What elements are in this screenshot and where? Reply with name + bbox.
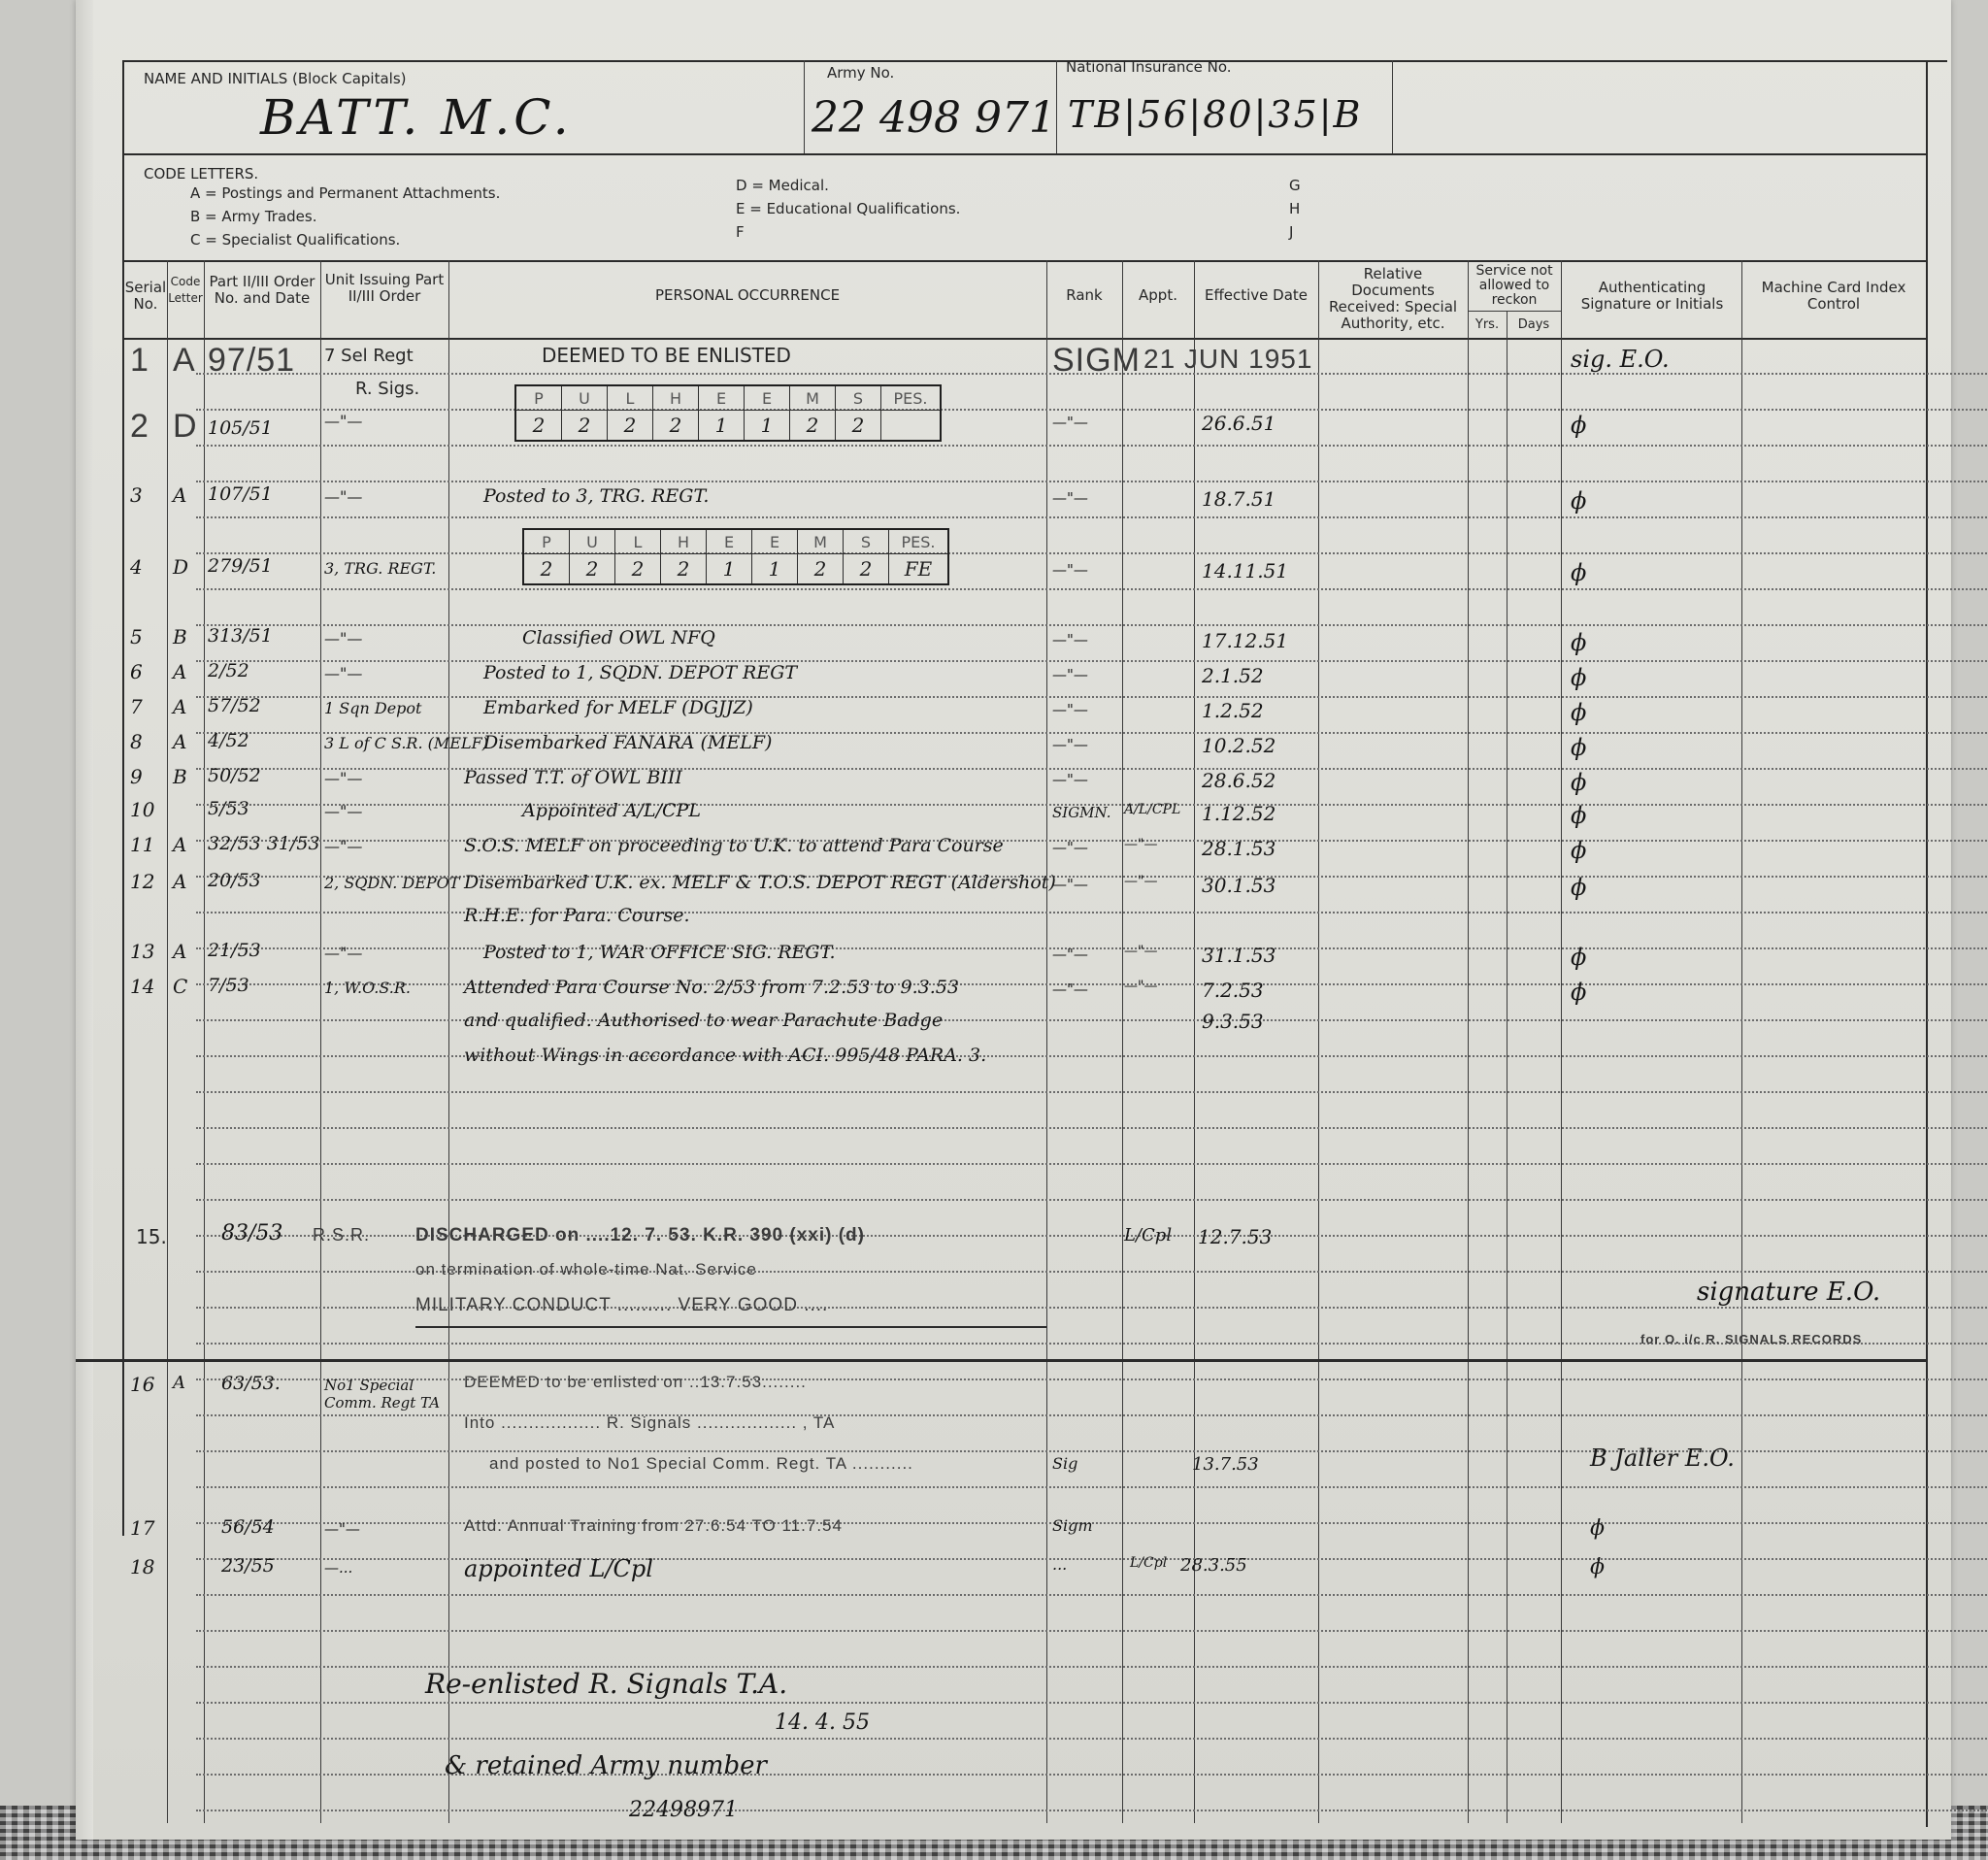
entry-code: B [173,765,187,788]
code-letter-j: J [1289,223,1293,241]
entry-auth-initials: ϕ [1571,412,1586,439]
pulheems-cell: S [844,529,889,554]
entry-serial: 2 [130,408,149,446]
discharge-rank: L/Cpl [1124,1225,1172,1246]
ni-value: TB|56|80|35|B [1068,93,1362,136]
entry-serial: 3 [130,483,143,507]
entry-order: 20/53 [208,870,261,891]
entry-serial: 13 [130,940,154,963]
col-appt: Appt. [1122,287,1194,304]
ta-entry-auth: B Jaller E.O. [1590,1445,1735,1472]
entry-serial: 8 [130,730,143,753]
ruled-line [196,696,1988,698]
entry-order: 21/53 [208,940,261,961]
code-letter-d: D = Medical. [736,177,829,194]
ruled-line [196,1486,1988,1488]
pulheems-cell: 2 [790,411,836,442]
entry-unit: —"— [324,802,362,820]
discharge-line-1: DISCHARGED on ....12. 7. 53. K.R. 390 (x… [415,1225,865,1246]
entry-serial: 1 [130,342,149,380]
entry-code: B [173,625,187,648]
ruled-line [196,1163,1988,1165]
entry-unit: —"— [324,412,362,430]
divider [1056,60,1057,153]
divider [1392,60,1393,153]
pulheems-cell: E [752,529,798,554]
ta-entry-line-1: appointed L/Cpl [464,1555,653,1582]
pulheems-cell: FE [889,554,949,585]
entry-auth-initials: ϕ [1571,699,1586,726]
footnote-line-1: Re-enlisted R. Signals T.A. [425,1668,787,1700]
ruled-line [196,1594,1988,1596]
discharge-unit: R.S.R. [313,1225,370,1246]
ta-entry-appt: L/Cpl [1130,1555,1167,1571]
col-line [1122,260,1123,1823]
pulheems-cell: 1 [699,411,745,442]
entry-appt: —"— [1124,837,1157,852]
pulheems-cell: 1 [752,554,798,585]
ta-entry-serial: 17 [130,1516,154,1540]
ta-entry-unit: —"— [324,1520,441,1538]
pulheems-cell: 2 [836,411,881,442]
ruled-line [196,481,1988,482]
entry-code: A [173,833,186,856]
entry-serial: 10 [130,798,154,821]
pulheems-cell: 2 [523,554,570,585]
entry-unit: —"— [324,837,362,855]
pulheems-cell: PES. [889,529,949,554]
entry-effective-date: 1.2.52 [1202,699,1264,722]
pulheems-cell: 2 [798,554,844,585]
entry-code: A [173,660,186,683]
entry-auth-initials: ϕ [1571,487,1586,515]
entry-order: 4/52 [208,730,249,751]
entry-auth-initials: ϕ [1571,629,1586,656]
col-auth-sig: Authenticating Signature or Initials [1563,280,1741,313]
col-line [204,260,205,1823]
pulheems-cell: 2 [844,554,889,585]
entry-code: A [173,483,186,507]
entry-rank: —"— [1052,771,1088,788]
footnote-line-4: 22498971 [629,1798,738,1822]
pulheems-cell: P [515,385,562,411]
code-letters-title: CODE LETTERS. [144,165,258,183]
entry-rank: —"— [1052,666,1088,683]
entry-effective-date-2: 9.3.53 [1202,1010,1264,1033]
entry-effective-date: 18.7.51 [1202,487,1276,511]
frame-top [122,60,1947,62]
pulheems-cell [881,411,942,442]
ta-entry-order: 56/54 [221,1516,275,1538]
entry-effective-date: 10.2.52 [1202,734,1276,757]
entry-code: A [173,695,186,718]
ta-entry-line-1: DEEMED to be enlisted on ..13.7.53......… [464,1373,807,1392]
entry-occurrence-2: R.H.E. for Para. Course. [464,905,690,926]
col-order: Part II/III Order No. and Date [206,274,318,307]
pulheems-cell: 2 [653,411,699,442]
entry-code: A [173,940,186,963]
footnote-line-3: & retained Army number [445,1751,767,1780]
entry-occurrence-2: and qualified. Authorised to wear Parach… [464,1010,943,1031]
entry-occurrence-3: without Wings in accordance with ACI. 99… [464,1045,986,1066]
entry-appt: —"— [1124,979,1157,994]
entry-order: 107/51 [208,483,273,505]
name-value: BATT. M.C. [260,89,573,146]
pulheems-cell: PES. [881,385,942,411]
pulheems-cell: 2 [570,554,615,585]
entry-occurrence: Posted to 3, TRG. REGT. [483,485,709,507]
ta-entry-auth: ϕ [1590,1516,1605,1541]
col-days: Days [1507,316,1561,333]
entry-order: 2/52 [208,660,249,681]
entry-rank: —"— [1052,701,1088,718]
entry-order: 57/52 [208,695,261,716]
ruled-line [196,1630,1988,1632]
pulheems-cell: 2 [515,411,562,442]
pulheems-cell: E [745,385,790,411]
entry-unit: —"— [324,487,362,506]
entry-occurrence: Attended Para Course No. 2/53 from 7.2.5… [464,977,959,998]
footnote-line-2: 14. 4. 55 [775,1711,870,1735]
pulheems-cell: 1 [707,554,752,585]
army-no-label: Army No. [827,64,894,82]
entry-unit: —"— [324,944,362,962]
entry-occurrence: Disembarked U.K. ex. MELF & T.O.S. DEPOT… [464,872,1056,893]
pulheems-cell: 2 [661,554,707,585]
ruled-line [196,1810,1988,1811]
entry-auth-initials: ϕ [1571,559,1586,586]
col-code: Code Letter [167,274,204,307]
entry-effective-date: 14.11.51 [1202,559,1288,582]
ruled-line [196,1127,1988,1129]
entry-occurrence: Classified OWL NFQ [522,627,715,648]
pulheems-table-2: PULHEEMSPES. 22221122FE [522,528,949,585]
ta-entry-code: A [173,1373,185,1393]
ta-entry-line-1: Attd. Annual Training from 27.6.54 TO 11… [464,1516,843,1536]
service-record-form: NAME AND INITIALS (Block Capitals) BATT.… [76,0,1951,1840]
col-unit: Unit Issuing Part II/III Order [322,272,447,305]
ni-label: National Insurance No. [1066,58,1232,76]
divider-ta-section [76,1359,1926,1362]
pulheems-cell: H [661,529,707,554]
ta-entry-unit: —... [324,1559,441,1577]
divider [1468,311,1561,312]
pulheems-cell: H [653,385,699,411]
col-line [448,260,449,1823]
divider [804,60,805,153]
entry-order: 5/53 [208,798,249,819]
ta-entry-rank: Sigm [1052,1516,1093,1535]
col-line [1741,260,1742,1823]
code-letter-c: C = Specialist Qualifications. [190,231,400,249]
pulheems-cell: E [699,385,745,411]
entry-effective-date: 28.1.53 [1202,837,1276,860]
entry-code: D [173,408,198,446]
discharge-order: 83/53 [221,1221,282,1246]
entry-unit: 2, SQDN. DEPOT [324,874,459,892]
col-occurrence: PERSONAL OCCURRENCE [448,287,1046,304]
entry-auth-initials: ϕ [1571,664,1586,691]
ta-entry-line-2: Into .................. R. Signals .....… [464,1413,835,1433]
entry-rank: —"— [1052,980,1088,998]
pulheems-cell: 2 [608,411,653,442]
col-service-not-allowed: Service not allowed to reckon [1468,264,1561,308]
entry-appt: —"— [1124,874,1157,889]
entry-serial: 14 [130,975,154,998]
ruled-line [196,660,1988,662]
entry-auth-initials: ϕ [1571,802,1586,829]
entry-serial: 7 [130,695,143,718]
entry-unit: —"— [324,664,362,682]
ta-entry-line-3: and posted to No1 Special Comm. Regt. TA… [489,1454,913,1474]
discharge-stamp: for O. i/c R. SIGNALS RECORDS [1640,1332,1862,1346]
entry-rank: —"— [1052,561,1088,579]
entry-occurrence: S.O.S. MELF on proceeding to U.K. to att… [464,835,1004,856]
entry-effective-date: 1.12.52 [1202,802,1276,825]
col-line [1194,260,1195,1823]
ta-entry-date: 28.3.55 [1180,1555,1247,1576]
entry-order: 279/51 [208,555,273,577]
entry-appt: —"— [1124,944,1157,959]
entry-unit: 1 Sqn Depot [324,699,421,717]
ta-entry-date: 13.7.53 [1192,1454,1259,1475]
discharge-signature: signature E.O. [1697,1278,1880,1307]
ta-entry-unit: No1 Special Comm. Regt TA [324,1377,441,1412]
discharge-line-3: MILITARY CONDUCT ......... VERY GOOD ...… [415,1295,828,1316]
ruled-line [196,1091,1988,1093]
entry-order: 97/51 [208,342,295,380]
entry-occurrence: Embarked for MELF (DGJJZ) [483,697,753,718]
ruled-line [196,409,1988,411]
ta-entry-serial: 16 [130,1373,154,1396]
entry-code: C [173,975,187,998]
entry-rank: —"— [1052,946,1088,963]
entry-effective-date: 2.1.52 [1202,664,1264,687]
ruled-line [196,516,1988,518]
pulheems-cell: U [562,385,608,411]
entry-serial: 11 [130,833,154,856]
col-line [1561,260,1562,1823]
entry-code: A [173,870,186,893]
ta-entry-order: 23/55 [221,1555,275,1577]
ruled-line [196,552,1988,554]
discharge-underline [415,1326,1046,1328]
entry-unit: 3 L of C S.R. (MELF) [324,734,488,752]
entry-rank: —"— [1052,736,1088,753]
entry-effective-date: 21 JUN 1951 [1143,344,1312,375]
entry-effective-date: 26.6.51 [1202,412,1276,435]
col-line [1468,260,1469,1823]
col-rank: Rank [1046,287,1122,304]
code-letter-e: E = Educational Qualifications. [736,200,960,217]
entry-effective-date: 7.2.53 [1202,979,1264,1002]
divider-header-bottom [122,338,1926,340]
ta-entry-rank: Sig [1052,1454,1077,1473]
entry-order: 105/51 [208,417,273,439]
divider-name-row [122,153,1926,155]
entry-rank: —"— [1052,839,1088,856]
ta-entry-rank: ... [1052,1555,1067,1574]
entry-serial: 5 [130,625,143,648]
pulheems-cell: M [790,385,836,411]
col-line [167,260,168,1823]
ta-entry-serial: 18 [130,1555,154,1578]
entry-occurrence: Appointed A/L/CPL [522,800,701,821]
pulheems-cell: P [523,529,570,554]
pulheems-cell: L [608,385,653,411]
entry-effective-date: 17.12.51 [1202,629,1288,652]
ruled-line [196,588,1988,590]
divider-header-top [122,260,1926,262]
pulheems-cell: 2 [615,554,661,585]
entry-rank: SIGM [1052,342,1141,380]
entry-auth-initials: ϕ [1571,769,1586,796]
entry-serial: 12 [130,870,154,893]
entry-auth-initials: ϕ [1571,837,1586,864]
entry-order: 50/52 [208,765,261,786]
entry-serial: 9 [130,765,143,788]
discharge-serial: 15. [136,1225,167,1248]
col-machine-card: Machine Card Index Control [1741,280,1926,313]
frame-right [1926,60,1928,1827]
pulheems-cell: M [798,529,844,554]
entry-auth-initials: ϕ [1571,734,1586,761]
ruled-line [196,624,1988,626]
entry-rank: —"— [1052,414,1088,431]
entry-effective-date: 28.6.52 [1202,769,1276,792]
entry-occurrence: Posted to 1, SQDN. DEPOT REGT [483,662,797,683]
col-line [320,260,321,1823]
entry-occurrence: DEEMED TO BE ENLISTED [542,344,791,367]
name-label: NAME AND INITIALS (Block Capitals) [144,70,406,87]
entry-code: D [173,555,188,579]
army-no-value: 22 498 971 [812,93,1056,143]
entry-auth-initials: ϕ [1571,979,1586,1006]
ta-entry-order: 63/53. [221,1373,281,1394]
entry-order: 32/53 31/53 [208,833,320,854]
pulheems-cell: E [707,529,752,554]
entry-rank: —"— [1052,631,1088,648]
entry-unit-2: R. Sigs. [355,379,419,399]
entry-unit: 7 Sel Regt [324,346,414,366]
col-serial: Serial No. [124,280,167,313]
discharge-date: 12.7.53 [1198,1225,1272,1248]
code-letter-g: G [1289,177,1301,194]
ruled-line [196,1702,1988,1704]
ruled-line [196,947,1988,949]
ruled-line [196,445,1988,447]
ruled-line [196,1738,1988,1740]
pulheems-cell: 1 [745,411,790,442]
entry-code: A [173,342,196,380]
code-letter-a: A = Postings and Permanent Attachments. [190,184,500,202]
entry-rank: SIGMN. [1052,804,1110,821]
entry-rank: —"— [1052,489,1088,507]
col-yrs: Yrs. [1468,316,1507,333]
entry-auth-initials: ϕ [1571,944,1586,971]
entry-auth-initials: ϕ [1571,874,1586,901]
entry-serial: 6 [130,660,143,683]
entry-occurrence: Disembarked FANARA (MELF) [483,732,772,753]
entry-occurrence: Posted to 1, WAR OFFICE SIG. REGT. [483,942,835,963]
ta-entry-auth: ϕ [1590,1555,1605,1579]
pulheems-cell: U [570,529,615,554]
col-line [1046,260,1047,1823]
entry-order: 7/53 [208,975,249,996]
col-line [1318,260,1319,1823]
entry-code: A [173,730,186,753]
entry-effective-date: 30.1.53 [1202,874,1276,897]
code-letter-f: F [736,223,745,241]
entry-effective-date: 31.1.53 [1202,944,1276,967]
entry-serial: 4 [130,555,143,579]
entry-unit: —"— [324,629,362,648]
pulheems-cell: 2 [562,411,608,442]
discharge-line-2: on termination of whole-time Nat. Servic… [415,1260,757,1279]
col-effective-date: Effective Date [1194,287,1318,304]
entry-rank: —"— [1052,876,1088,893]
pulheems-table-1: PULHEEMSPES. 22221122 [514,384,942,442]
code-letter-h: H [1289,200,1300,217]
entry-unit: —"— [324,769,362,787]
col-relative-docs: Relative Documents Received: Special Aut… [1320,266,1466,332]
entry-unit: 3, TRG. REGT. [324,559,436,578]
entry-unit: 1, W.O.S.R. [324,979,411,997]
pulheems-cell: S [836,385,881,411]
entry-auth-initials: sig. E.O. [1571,346,1670,373]
entry-appt: A/L/CPL [1124,802,1180,817]
col-line [1507,311,1508,1823]
pulheems-cell: L [615,529,661,554]
entry-order: 313/51 [208,625,273,647]
ruled-line [196,1199,1988,1201]
entry-occurrence: Passed T.T. of OWL BIII [464,767,682,788]
code-letter-b: B = Army Trades. [190,208,316,225]
